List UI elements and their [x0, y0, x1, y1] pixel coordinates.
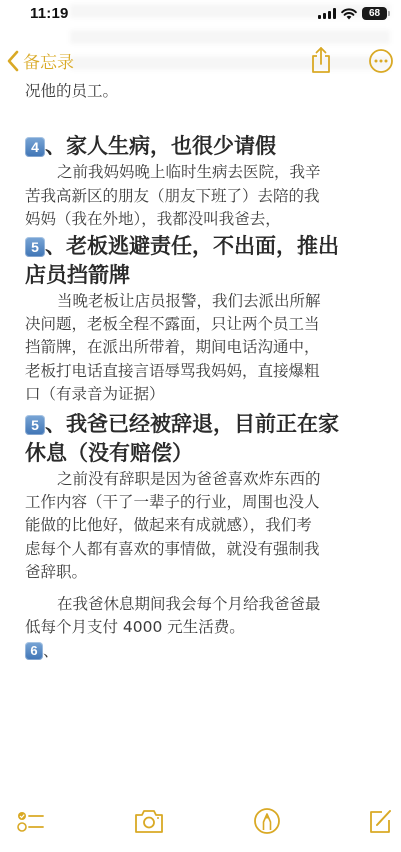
section-heading: 5、老板逃避责任，不出面，推出: [25, 232, 385, 261]
note-line: 妈妈（我在外地），我都没叫我爸去，: [25, 208, 385, 231]
share-icon: [309, 46, 333, 74]
chevron-left-icon: [6, 50, 20, 72]
note-line: 能做的比他好，做起来有成就感），我们考: [25, 514, 385, 537]
note-line: 口（有录音为证据）: [25, 383, 385, 406]
markup-button[interactable]: [252, 806, 282, 840]
keycap-6-icon: 6: [25, 642, 43, 660]
note-line: 之前我妈妈晚上临时生病去医院，我辛: [25, 161, 385, 184]
status-bar: 11:19 68: [0, 0, 401, 30]
note-line: 工作内容（干了一辈子的行业，周围也没人: [25, 491, 385, 514]
keycap-5-icon: 5: [25, 415, 45, 435]
note-line-trailing: 6、: [25, 640, 385, 663]
checklist-button[interactable]: [16, 806, 46, 840]
markup-pen-icon: [252, 806, 282, 836]
note-line: 苦我高新区的朋友（朋友下班了）去陪的我: [25, 185, 385, 208]
nav-bar: 备忘录: [0, 40, 401, 82]
note-line: 决问题，老板全程不露面，只让两个员工当: [25, 313, 385, 336]
checklist-icon: [16, 806, 46, 836]
more-ellipsis-icon: [368, 48, 394, 74]
camera-icon: [133, 806, 165, 836]
camera-button[interactable]: [133, 806, 165, 840]
note-line: 虑每个人都有喜欢的事情做，就没有强制我: [25, 538, 385, 561]
more-button[interactable]: [368, 48, 394, 78]
section-heading: 5、我爸已经被辞退，目前正在家: [25, 410, 385, 439]
note-body[interactable]: 况他的员工。 4、家人生病，也很少请假 之前我妈妈晚上临时生病去医院，我辛 苦我…: [25, 80, 385, 663]
note-line: 在我爸休息期间我会每个月给我爸爸最: [25, 593, 385, 616]
note-line: 老板打电话直接言语辱骂我妈妈，直接爆粗: [25, 360, 385, 383]
back-label: 备忘录: [23, 48, 74, 73]
keycap-5-icon: 5: [25, 237, 45, 257]
share-button[interactable]: [309, 46, 333, 78]
back-button[interactable]: 备忘录: [6, 48, 74, 73]
compose-button[interactable]: [366, 806, 394, 840]
section-heading: 4、家人生病，也很少请假: [25, 132, 385, 161]
cellular-signal-icon: [318, 8, 336, 19]
keycap-4-icon: 4: [25, 137, 45, 157]
section-heading-cont: 店员挡箭牌: [25, 261, 385, 290]
note-line: 挡箭牌，在派出所带着，期间电话沟通中，: [25, 336, 385, 359]
note-line: 当晚老板让店员报警，我们去派出所解: [25, 290, 385, 313]
compose-icon: [366, 806, 394, 836]
note-line: 低每个月支付 4000 元生活费。: [25, 616, 385, 639]
battery-icon: 68: [362, 7, 387, 20]
status-icons: 68: [318, 7, 387, 20]
section-heading-cont: 休息（没有赔偿）: [25, 439, 385, 468]
note-line: 爸辞职。: [25, 561, 385, 584]
wifi-icon: [341, 8, 357, 20]
battery-level: 68: [369, 8, 380, 19]
status-time: 11:19: [30, 5, 69, 22]
note-line: 况他的员工。: [25, 80, 385, 103]
bottom-toolbar: [0, 800, 401, 844]
note-line: 之前没有辞职是因为爸爸喜欢炸东西的: [25, 468, 385, 491]
